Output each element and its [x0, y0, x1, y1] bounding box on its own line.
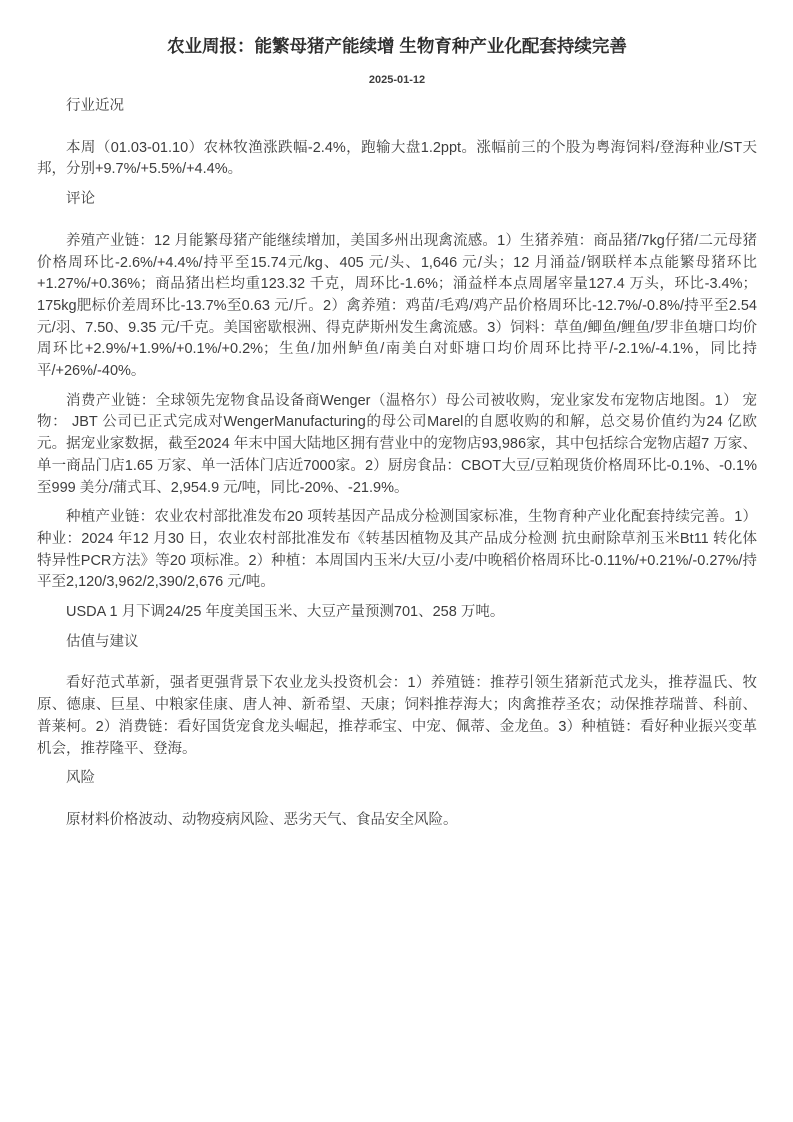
document-page: 农业周报：能繁母猪产能续增 生物育种产业化配套持续完善 2025-01-12 行… [0, 0, 793, 1122]
section-heading-risks: 风险 [37, 768, 757, 790]
report-date: 2025-01-12 [37, 73, 757, 88]
report-title: 农业周报：能繁母猪产能续增 生物育种产业化配套持续完善 [37, 34, 757, 59]
paragraph-planting-chain: 种植产业链：农业农村部批准发布20 项转基因产品成分检测国家标准，生物育种产业化… [37, 507, 757, 594]
paragraph-weekly-market-performance: 本周（01.03-01.10）农林牧渔涨跌幅-2.4%，跑输大盘1.2ppt。涨… [37, 138, 757, 181]
section-heading-comments: 评论 [37, 189, 757, 211]
paragraph-usda-forecast: USDA 1 月下调24/25 年度美国玉米、大豆产量预测701、258 万吨。 [37, 602, 757, 624]
report-body: 行业近况 本周（01.03-01.10）农林牧渔涨跌幅-2.4%，跑输大盘1.2… [37, 96, 757, 832]
paragraph-investment-recommendations: 看好范式革新，强者更强背景下农业龙头投资机会：1）养殖链：推荐引领生猪新范式龙头… [37, 673, 757, 760]
paragraph-breeding-chain: 养殖产业链：12 月能繁母猪产能继续增加，美国多州出现禽流感。1）生猪养殖：商品… [37, 231, 757, 383]
section-heading-industry-update: 行业近况 [37, 96, 757, 118]
section-heading-valuation-advice: 估值与建议 [37, 632, 757, 654]
paragraph-consumer-chain: 消费产业链：全球领先宠物食品设备商Wenger（温格尔）母公司被收购，宠业家发布… [37, 391, 757, 500]
paragraph-risk-factors: 原材料价格波动、动物疫病风险、恶劣天气、食品安全风险。 [37, 810, 757, 832]
